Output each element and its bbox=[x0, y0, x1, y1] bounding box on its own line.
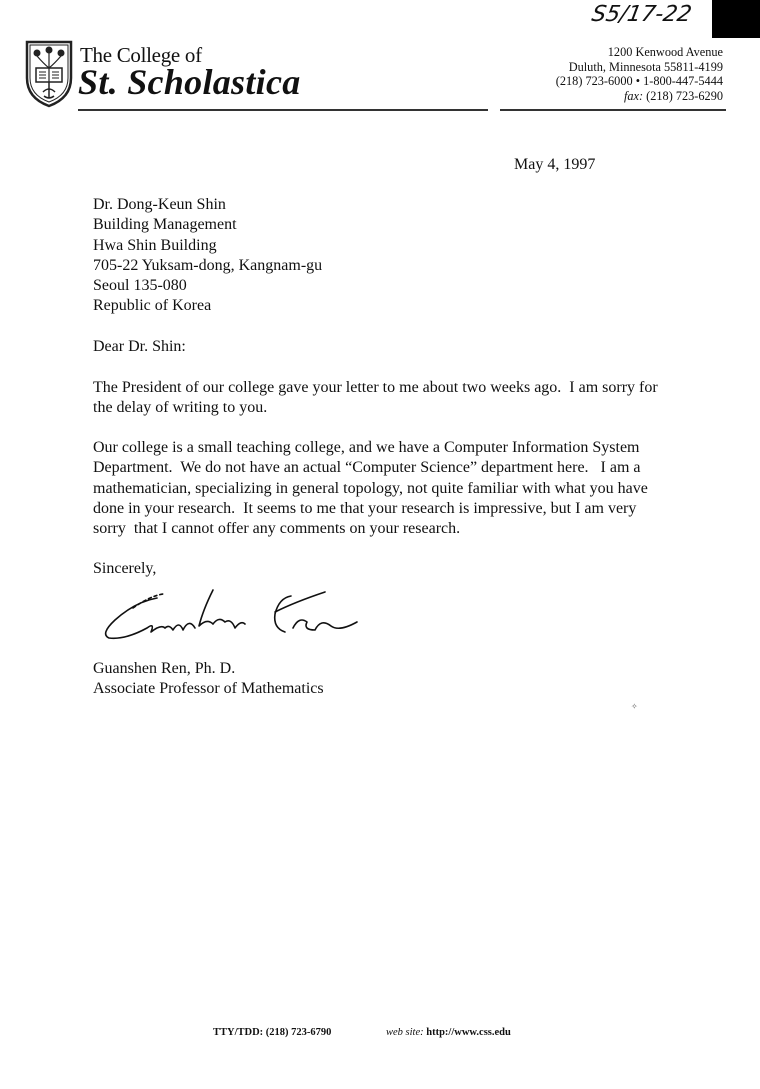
paragraph-2: Our college is a small teaching college,… bbox=[93, 438, 648, 539]
signer-title: Associate Professor of Mathematics bbox=[93, 679, 324, 699]
paragraph-line: done in your research. It seems to me th… bbox=[93, 499, 648, 519]
closing: Sincerely, bbox=[93, 559, 156, 579]
redaction-block bbox=[712, 0, 760, 38]
web-label: web site: bbox=[386, 1027, 424, 1038]
signer-block: Guanshen Ren, Ph. D. Associate Professor… bbox=[93, 659, 324, 700]
address-phone: (218) 723-6000 • 1-800-447-5444 bbox=[556, 74, 723, 89]
letterhead-divider-right bbox=[500, 109, 726, 111]
footer-tty: TTY/TDD: (218) 723-6790 bbox=[213, 1027, 331, 1038]
recipient-line: 705-22 Yuksam-dong, Kangnam-gu bbox=[93, 256, 322, 276]
handwritten-annotation: S5/17-22 bbox=[590, 2, 694, 27]
fax-number: (218) 723-6290 bbox=[646, 89, 723, 103]
signer-name: Guanshen Ren, Ph. D. bbox=[93, 659, 324, 679]
recipient-line: Hwa Shin Building bbox=[93, 236, 322, 256]
letterhead-divider bbox=[78, 109, 488, 111]
paragraph-line: sorry that I cannot offer any comments o… bbox=[93, 519, 648, 539]
college-crest-icon bbox=[24, 40, 74, 108]
footer-website: web site: http://www.css.edu bbox=[386, 1027, 511, 1038]
letter-date: May 4, 1997 bbox=[514, 156, 595, 174]
salutation: Dear Dr. Shin: bbox=[93, 337, 186, 357]
address-city: Duluth, Minnesota 55811-4199 bbox=[556, 60, 723, 75]
web-url[interactable]: http://www.css.edu bbox=[426, 1027, 511, 1038]
handwritten-signature bbox=[95, 588, 385, 650]
college-address: 1200 Kenwood Avenue Duluth, Minnesota 55… bbox=[556, 45, 723, 103]
recipient-line: Republic of Korea bbox=[93, 296, 322, 316]
recipient-address: Dr. Dong-Keun Shin Building Management H… bbox=[93, 195, 322, 317]
recipient-line: Building Management bbox=[93, 215, 322, 235]
paragraph-line: mathematician, specializing in general t… bbox=[93, 479, 648, 499]
recipient-line: Seoul 135-080 bbox=[93, 276, 322, 296]
fax-label: fax: bbox=[624, 89, 643, 103]
address-street: 1200 Kenwood Avenue bbox=[556, 45, 723, 60]
paragraph-line: Department. We do not have an actual “Co… bbox=[93, 458, 648, 478]
recipient-line: Dr. Dong-Keun Shin bbox=[93, 195, 322, 215]
address-fax: fax: (218) 723-6290 bbox=[556, 89, 723, 104]
paragraph-line: Our college is a small teaching college,… bbox=[93, 438, 648, 458]
scan-speck: ✧ bbox=[631, 702, 638, 711]
college-name-line2: St. Scholastica bbox=[78, 63, 301, 103]
paragraph-line: The President of our college gave your l… bbox=[93, 378, 658, 398]
paragraph-line: the delay of writing to you. bbox=[93, 398, 658, 418]
paragraph-1: The President of our college gave your l… bbox=[93, 378, 658, 419]
